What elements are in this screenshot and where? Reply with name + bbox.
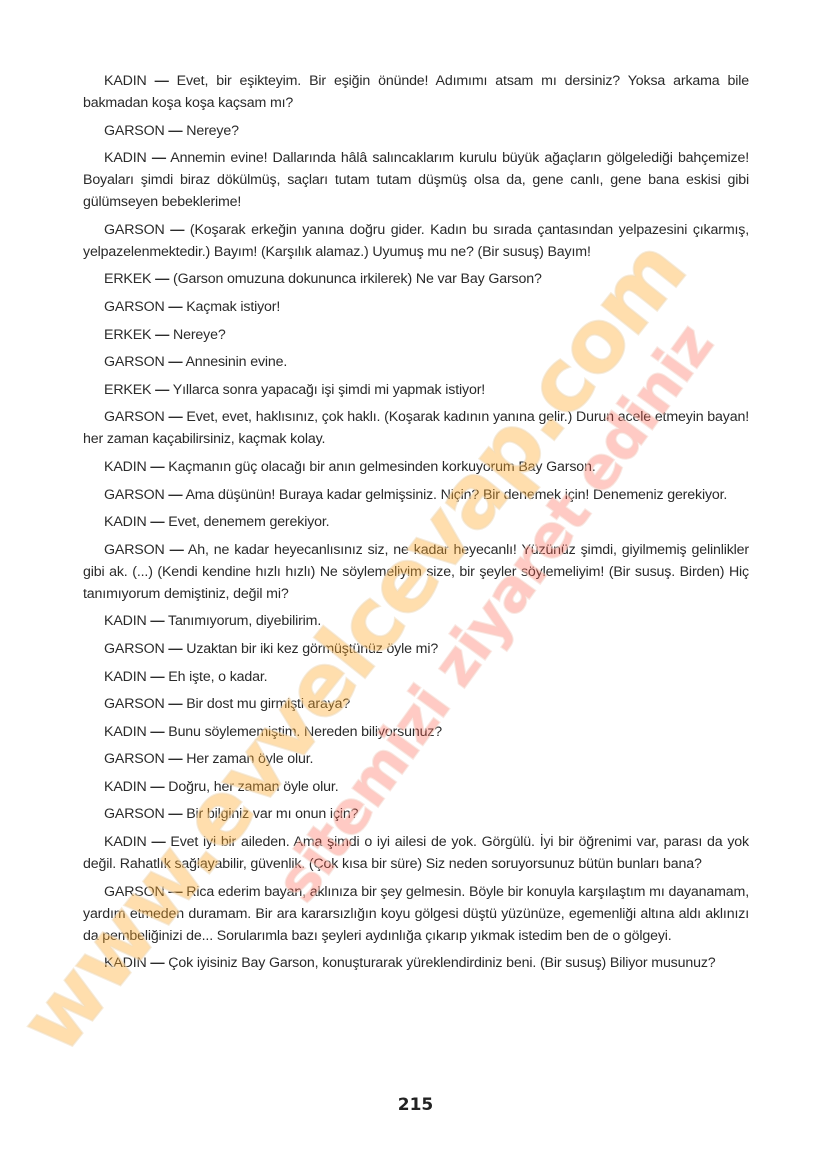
speaker-name: KADIN — [104, 150, 147, 166]
line-text: (Garson omuzuna dokununca irkilerek) Ne … — [173, 271, 542, 287]
speaker-separator: — — [168, 123, 182, 139]
line-text: Tanımıyorum, diyebilirim. — [168, 613, 321, 629]
speaker-name: ERKEK — [104, 327, 151, 343]
speaker-name: ERKEK — [104, 271, 151, 287]
speaker-separator: — — [155, 327, 169, 343]
line-text: Annesinin evine. — [185, 354, 287, 370]
dialogue-line: GARSON — Ah, ne kadar heyecanlısınız siz… — [83, 539, 749, 605]
speaker-name: GARSON — [104, 884, 165, 900]
document-page: KADIN — Evet, bir eşikteyim. Bir eşiğin … — [83, 70, 749, 980]
speaker-name: GARSON — [104, 696, 165, 712]
speaker-name: KADIN — [104, 955, 147, 971]
speaker-separator: — — [155, 73, 169, 89]
speaker-separator: — — [151, 834, 165, 850]
speaker-separator: — — [150, 669, 164, 685]
dialogue-line: KADIN — Bunu söylememiştim. Nereden bili… — [83, 721, 749, 743]
speaker-separator: — — [168, 696, 182, 712]
speaker-name: KADIN — [104, 724, 147, 740]
dialogue-line: KADIN — Kaçmanın güç olacağı bir anın ge… — [83, 456, 749, 478]
speaker-name: GARSON — [104, 751, 165, 767]
line-text: Yıllarca sonra yapacağı işi şimdi mi yap… — [173, 382, 485, 398]
line-text: Evet, evet, haklısınız, çok haklı. (Koşa… — [83, 409, 749, 447]
speaker-name: KADIN — [104, 669, 147, 685]
speaker-name: GARSON — [104, 299, 165, 315]
speaker-separator: — — [168, 641, 182, 657]
dialogue-line: GARSON — Kaçmak istiyor! — [83, 296, 749, 318]
line-text: Evet iyi bir aileden. Ama şimdi o iyi ai… — [83, 834, 749, 872]
dialogue-line: GARSON — Bir dost mu girmişti araya? — [83, 693, 749, 715]
speaker-name: GARSON — [104, 123, 165, 139]
line-text: Kaçmanın güç olacağı bir anın gelmesinde… — [168, 459, 595, 475]
line-text: Evet, denemem gerekiyor. — [168, 514, 329, 530]
speaker-name: KADIN — [104, 779, 147, 795]
speaker-separator: — — [150, 724, 164, 740]
dialogue-line: KADIN — Evet, denemem gerekiyor. — [83, 511, 749, 533]
speaker-separator: — — [168, 409, 182, 425]
speaker-name: GARSON — [104, 409, 165, 425]
line-text: Her zaman öyle olur. — [186, 751, 313, 767]
speaker-separator: — — [168, 299, 182, 315]
dialogue-line: KADIN — Tanımıyorum, diyebilirim. — [83, 610, 749, 632]
line-text: Bunu söylememiştim. Nereden biliyorsunuz… — [168, 724, 442, 740]
speaker-name: GARSON — [104, 487, 165, 503]
speaker-name: GARSON — [104, 542, 165, 558]
speaker-separator: — — [155, 382, 169, 398]
dialogue-line: KADIN — Evet iyi bir aileden. Ama şimdi … — [83, 831, 749, 875]
speaker-name: GARSON — [104, 222, 165, 238]
speaker-separator: — — [168, 751, 182, 767]
speaker-name: GARSON — [104, 641, 165, 657]
speaker-separator: — — [170, 542, 184, 558]
dialogue-line: GARSON — Nereye? — [83, 120, 749, 142]
line-text: Ama düşünün! Buraya kadar gelmişsiniz. N… — [185, 487, 727, 503]
speaker-name: KADIN — [104, 834, 147, 850]
dialogue-line: GARSON — Uzaktan bir iki kez görmüştünüz… — [83, 638, 749, 660]
speaker-separator: — — [168, 884, 182, 900]
dialogue-line: GARSON — Annesinin evine. — [83, 351, 749, 373]
speaker-separator: — — [152, 150, 166, 166]
dialogue-line: ERKEK — Yıllarca sonra yapacağı işi şimd… — [83, 379, 749, 401]
dialogue-line: KADIN — Annemin evine! Dallarında hâlâ s… — [83, 147, 749, 213]
line-text: Çok iyisiniz Bay Garson, konuşturarak yü… — [168, 955, 715, 971]
line-text: Doğru, her zaman öyle olur. — [168, 779, 338, 795]
page-number: 215 — [0, 1095, 831, 1115]
dialogue-line: GARSON — Bir bilginiz var mı onun için? — [83, 803, 749, 825]
speaker-separator: — — [150, 514, 164, 530]
speaker-separator: — — [168, 806, 182, 822]
speaker-name: GARSON — [104, 354, 165, 370]
line-text: Uzaktan bir iki kez görmüştünüz öyle mi? — [186, 641, 438, 657]
speaker-separator: — — [168, 354, 182, 370]
dialogue-line: ERKEK — (Garson omuzuna dokununca irkile… — [83, 268, 749, 290]
line-text: Rica ederim bayan, aklınıza bir şey gelm… — [83, 884, 749, 944]
dialogue-line: GARSON — Her zaman öyle olur. — [83, 748, 749, 770]
dialogue-line: KADIN — Eh işte, o kadar. — [83, 666, 749, 688]
dialogue-body: KADIN — Evet, bir eşikteyim. Bir eşiğin … — [83, 70, 749, 974]
line-text: Eh işte, o kadar. — [168, 669, 267, 685]
dialogue-line: KADIN — Evet, bir eşikteyim. Bir eşiğin … — [83, 70, 749, 114]
line-text: Bir dost mu girmişti araya? — [186, 696, 350, 712]
speaker-name: KADIN — [104, 73, 147, 89]
speaker-name: KADIN — [104, 459, 147, 475]
speaker-separator: — — [170, 222, 184, 238]
dialogue-line: GARSON — (Koşarak erkeğin yanına doğru g… — [83, 219, 749, 263]
speaker-separator: — — [150, 955, 164, 971]
line-text: Kaçmak istiyor! — [186, 299, 280, 315]
speaker-name: KADIN — [104, 613, 147, 629]
dialogue-line: GARSON — Ama düşünün! Buraya kadar gelmi… — [83, 484, 749, 506]
speaker-separator: — — [150, 613, 164, 629]
line-text: Bir bilginiz var mı onun için? — [186, 806, 358, 822]
line-text: Nereye? — [186, 123, 239, 139]
speaker-name: KADIN — [104, 514, 147, 530]
dialogue-line: KADIN — Doğru, her zaman öyle olur. — [83, 776, 749, 798]
speaker-separator: — — [150, 779, 164, 795]
dialogue-line: ERKEK — Nereye? — [83, 324, 749, 346]
speaker-separator: — — [150, 459, 164, 475]
line-text: Annemin evine! Dallarında hâlâ salıncakl… — [83, 150, 749, 210]
line-text: Evet, bir eşikteyim. Bir eşiğin önünde! … — [83, 73, 749, 111]
dialogue-line: GARSON — Rica ederim bayan, aklınıza bir… — [83, 881, 749, 947]
line-text: Nereye? — [173, 327, 226, 343]
speaker-separator: — — [155, 271, 169, 287]
speaker-name: GARSON — [104, 806, 165, 822]
dialogue-line: GARSON — Evet, evet, haklısınız, çok hak… — [83, 406, 749, 450]
speaker-name: ERKEK — [104, 382, 151, 398]
speaker-separator: — — [168, 487, 182, 503]
dialogue-line: KADIN — Çok iyisiniz Bay Garson, konuştu… — [83, 952, 749, 974]
